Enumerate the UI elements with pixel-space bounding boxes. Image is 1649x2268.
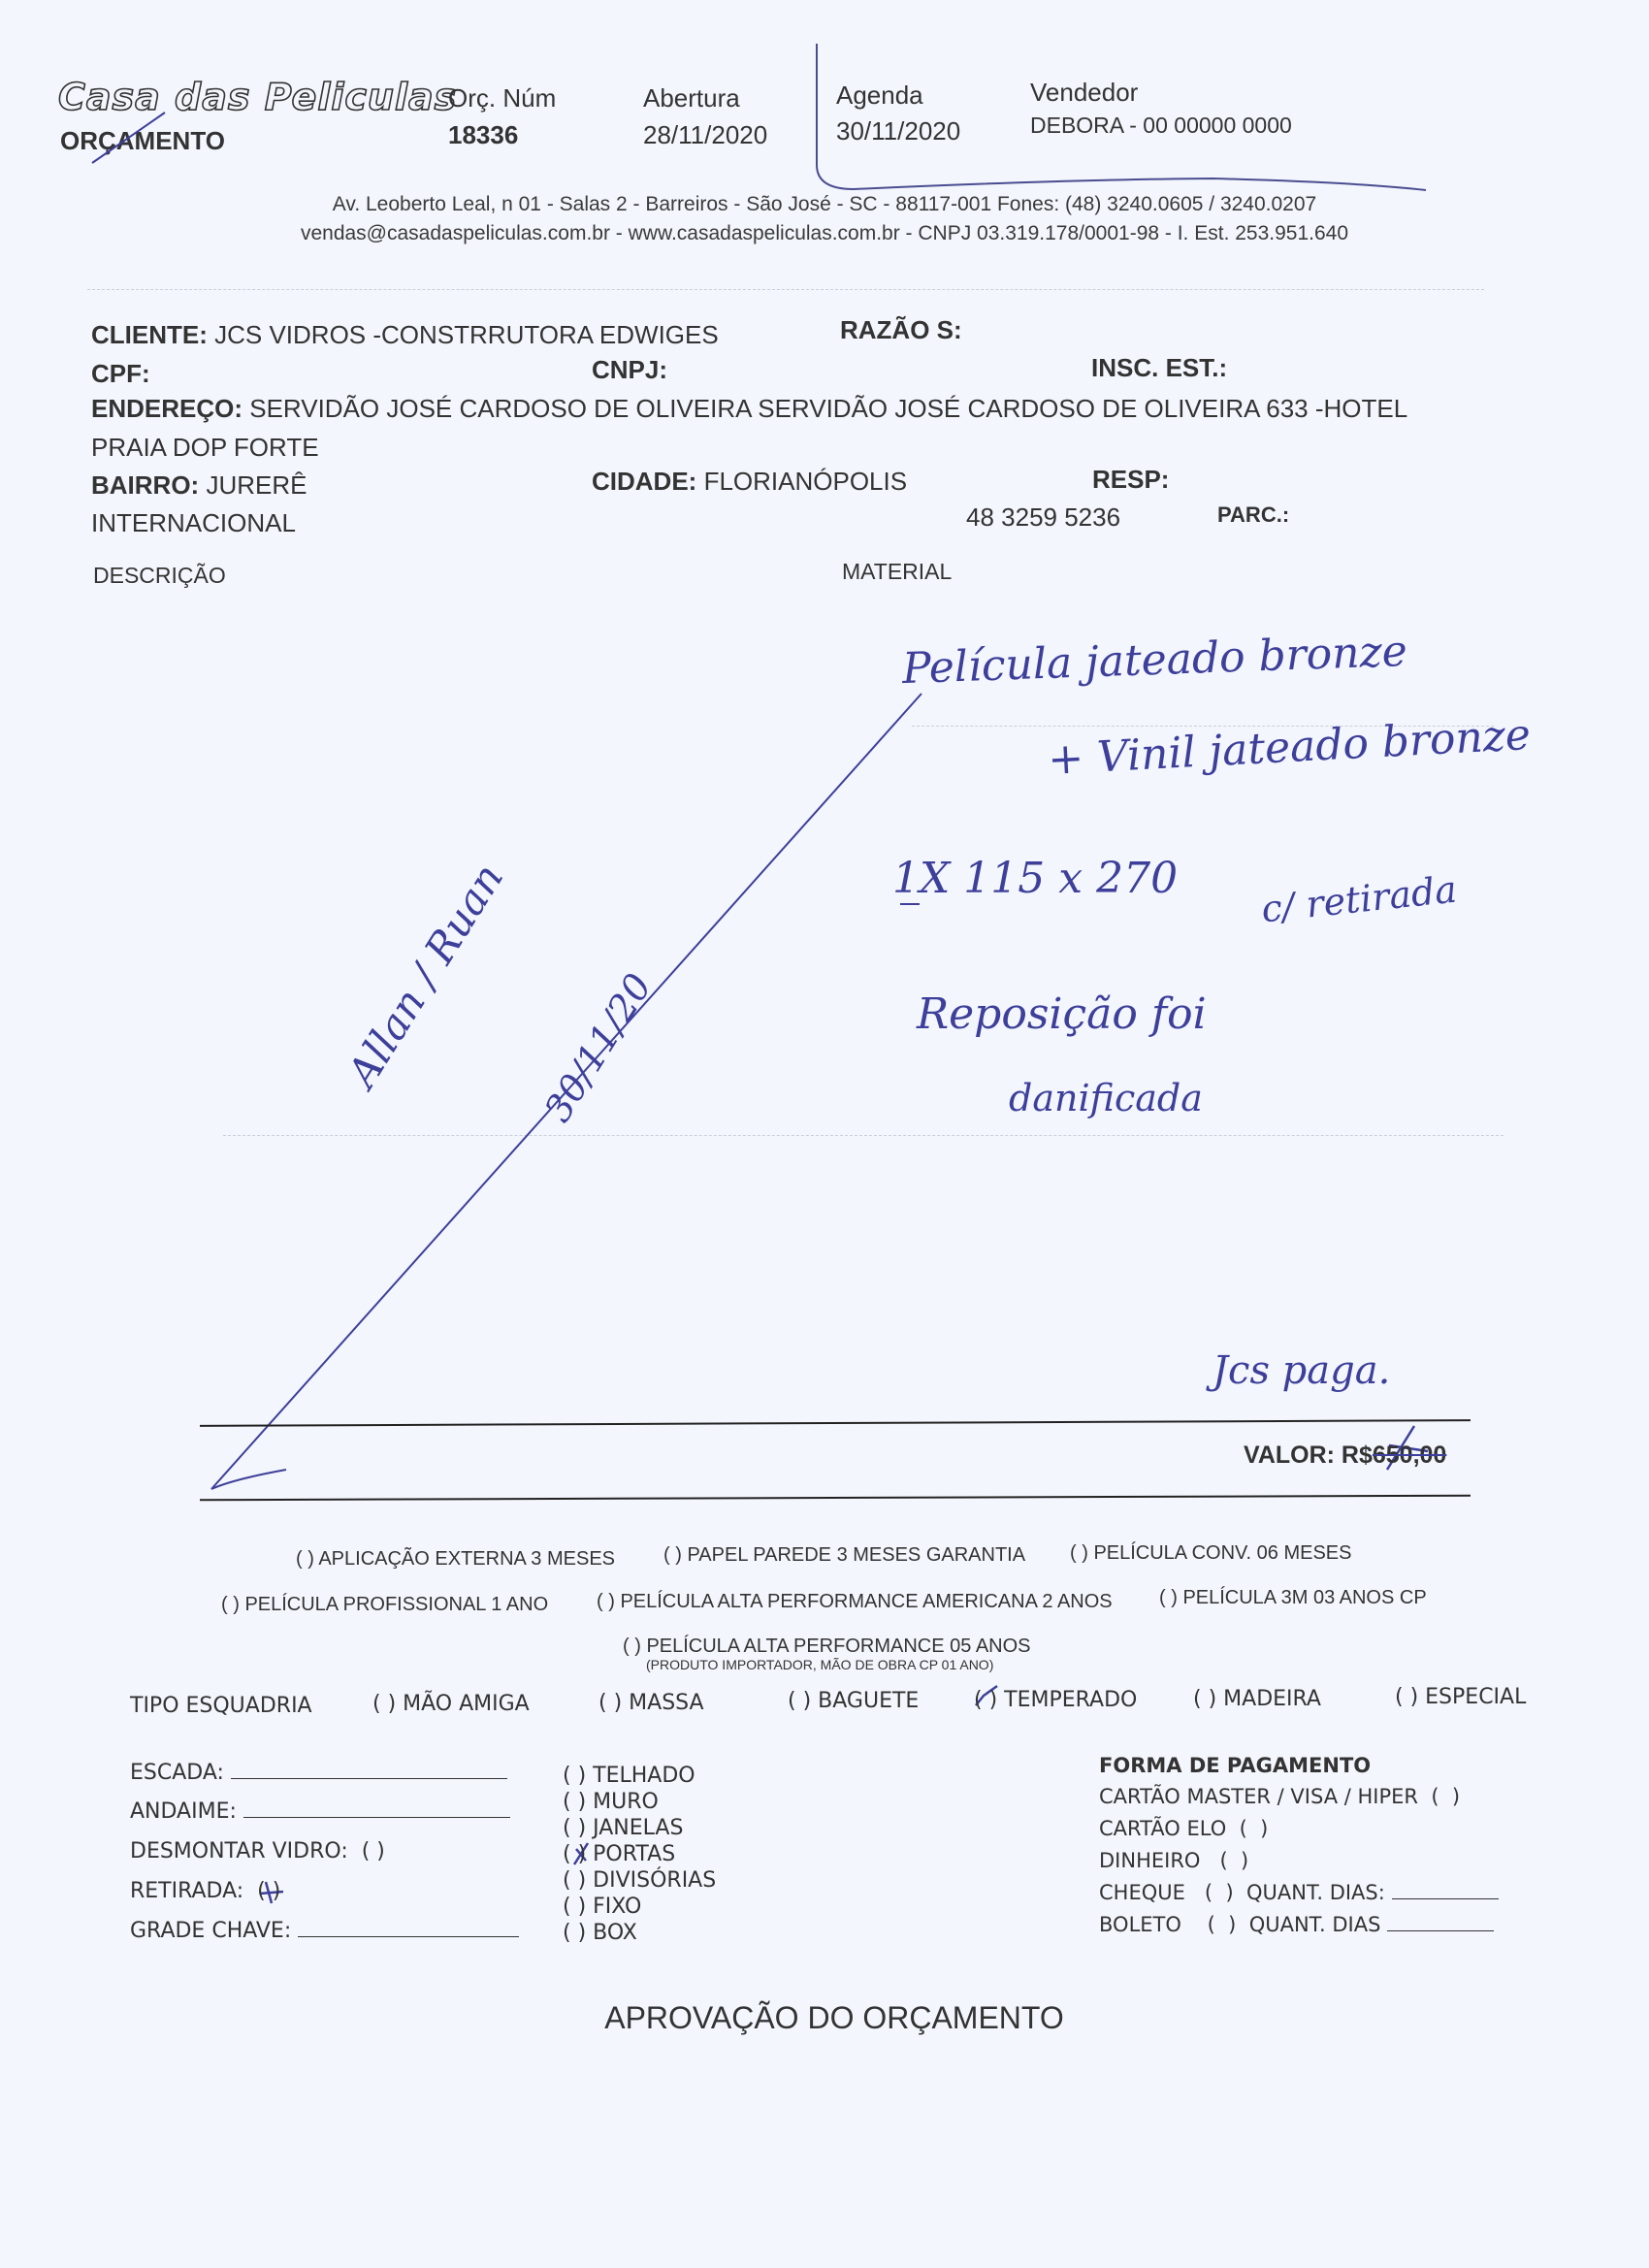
retirada-field[interactable]: RETIRADA: ( ) <box>130 1879 280 1903</box>
payment-option[interactable]: BOLETO ( ) QUANT. DIAS <box>1099 1913 1494 1936</box>
endereco-value-line1: SERVIDÃO JOSÉ CARDOSO DE OLIVEIRA SERVID… <box>249 394 1407 423</box>
resp-label: RESP: <box>1092 465 1169 495</box>
cidade-field: CIDADE: FLORIANÓPOLIS <box>592 467 907 497</box>
local-option[interactable]: ( ) FIXO <box>563 1895 641 1919</box>
agenda-label: Agenda <box>836 81 923 111</box>
payment-option[interactable]: CARTÃO MASTER / VISA / HIPER ( ) <box>1099 1785 1460 1808</box>
local-option[interactable]: ( ) BOX <box>563 1921 637 1945</box>
parc-label: PARC.: <box>1217 502 1289 528</box>
company-contact: vendas@casadaspeliculas.com.br - www.cas… <box>0 222 1649 245</box>
valor-label: VALOR: R$ <box>1244 1442 1373 1469</box>
cliente-field: CLIENTE: JCS VIDROS -CONSTRRUTORA EDWIGE… <box>91 320 719 350</box>
escada-field[interactable]: ESCADA: <box>130 1761 507 1785</box>
vendedor-value: DEBORA - 00 00000 0000 <box>1030 113 1292 139</box>
warranty-option[interactable]: ( ) PELÍCULA 3M 03 ANOS CP <box>1159 1587 1427 1609</box>
payment-title: FORMA DE PAGAMENTO <box>1099 1754 1371 1777</box>
esquadria-label: TIPO ESQUADRIA <box>130 1694 312 1718</box>
cidade-value: FLORIANÓPOLIS <box>704 467 908 496</box>
esquadria-option[interactable]: ( ) MÃO AMIGA <box>372 1692 530 1716</box>
handwritten-line-5: Reposição foi <box>917 989 1207 1039</box>
abertura-value: 28/11/2020 <box>643 120 767 150</box>
endereco-field: ENDEREÇO: SERVIDÃO JOSÉ CARDOSO DE OLIVE… <box>91 394 1407 424</box>
endereco-label: ENDEREÇO: <box>91 394 242 423</box>
warranty-option[interactable]: ( ) PAPEL PAREDE 3 MESES GARANTIA <box>663 1544 1025 1567</box>
local-option-checked[interactable]: ( ) PORTAS <box>563 1842 675 1866</box>
razao-field: RAZÃO S: <box>840 315 962 345</box>
payment-option[interactable]: CARTÃO ELO ( ) <box>1099 1817 1268 1840</box>
document-type: ORÇAMENTO <box>60 126 225 156</box>
handwritten-paid-note: Jcs paga. <box>1212 1348 1390 1393</box>
esquadria-option[interactable]: ( ) ESPECIAL <box>1395 1685 1526 1709</box>
warranty-option[interactable]: ( ) APLICAÇÃO EXTERNA 3 MESES <box>296 1548 615 1571</box>
warranty-option[interactable]: ( ) PELÍCULA CONV. 06 MESES <box>1070 1542 1351 1565</box>
handwritten-line-2: + Vinil jateado bronze <box>1047 710 1532 785</box>
handwritten-line-4: c/ retirada <box>1259 868 1459 931</box>
handwritten-line-1: Película jateado bronze <box>901 627 1407 694</box>
local-option[interactable]: ( ) JANELAS <box>563 1816 683 1840</box>
payment-option[interactable]: CHEQUE ( ) QUANT. DIAS: <box>1099 1881 1499 1904</box>
esquadria-option[interactable]: ( ) BAGUETE <box>788 1689 919 1713</box>
company-address: Av. Leoberto Leal, n 01 - Salas 2 - Barr… <box>0 193 1649 216</box>
cidade-label: CIDADE: <box>592 467 696 496</box>
grade-chave-field[interactable]: GRADE CHAVE: <box>130 1919 519 1943</box>
descricao-header: DESCRIÇÃO <box>93 563 226 589</box>
approval-title: APROVAÇÃO DO ORÇAMENTO <box>0 2000 1649 2036</box>
warranty-option[interactable]: ( ) PELÍCULA ALTA PERFORMANCE 05 ANOS <box>623 1636 1031 1658</box>
valor-field: VALOR: R$650,00 <box>1244 1442 1446 1470</box>
local-option[interactable]: ( ) MURO <box>563 1790 659 1814</box>
cliente-label: CLIENTE: <box>91 320 208 349</box>
razao-label: RAZÃO S: <box>840 315 962 344</box>
handwritten-signature: Allan / Ruan <box>338 856 512 1095</box>
vendedor-label: Vendedor <box>1030 78 1138 108</box>
handwritten-signature-date: 30/11/20 <box>536 966 661 1129</box>
handwritten-line-3: 1X 115 x 270 <box>892 854 1178 903</box>
warranty-option[interactable]: ( ) PELÍCULA PROFISSIONAL 1 ANO <box>221 1594 548 1616</box>
material-header: MATERIAL <box>842 559 952 585</box>
orc-num-value: 18336 <box>448 120 518 150</box>
resp-phone: 48 3259 5236 <box>966 502 1120 533</box>
cnpj-label: CNPJ: <box>592 355 667 385</box>
insc-est-label: INSC. EST.: <box>1091 353 1227 383</box>
valor-amount: 650,00 <box>1373 1442 1446 1469</box>
warranty-option-note: (PRODUTO IMPORTADOR, MÃO DE OBRA CP 01 A… <box>646 1657 993 1672</box>
handwritten-line-6: danificada <box>1009 1077 1203 1119</box>
company-logo: Casa das Peliculas <box>58 76 457 118</box>
esquadria-option[interactable]: ( ) MASSA <box>598 1691 704 1715</box>
local-option[interactable]: ( ) TELHADO <box>563 1764 695 1788</box>
cliente-value: JCS VIDROS -CONSTRRUTORA EDWIGES <box>214 320 719 349</box>
bairro-field: BAIRRO: JURERÊ <box>91 470 307 501</box>
agenda-value: 30/11/2020 <box>836 116 960 146</box>
endereco-value-line2: PRAIA DOP FORTE <box>91 433 319 463</box>
esquadria-option[interactable]: ( ) MADEIRA <box>1193 1687 1321 1711</box>
payment-option[interactable]: DINHEIRO ( ) <box>1099 1849 1248 1872</box>
orc-num-label: Orç. Núm <box>448 83 556 113</box>
bairro-value-line2: INTERNACIONAL <box>91 508 296 538</box>
esquadria-option-checked[interactable]: ( ) TEMPERADO <box>974 1688 1137 1712</box>
cpf-label: CPF: <box>91 359 150 389</box>
local-option[interactable]: ( ) DIVISÓRIAS <box>563 1868 716 1893</box>
desmontar-vidro-field[interactable]: DESMONTAR VIDRO: ( ) <box>130 1839 385 1863</box>
abertura-label: Abertura <box>643 83 740 113</box>
bairro-label: BAIRRO: <box>91 470 199 500</box>
bairro-value: JURERÊ <box>206 470 307 500</box>
andaime-field[interactable]: ANDAIME: <box>130 1799 510 1824</box>
warranty-option[interactable]: ( ) PELÍCULA ALTA PERFORMANCE AMERICANA … <box>597 1591 1113 1613</box>
